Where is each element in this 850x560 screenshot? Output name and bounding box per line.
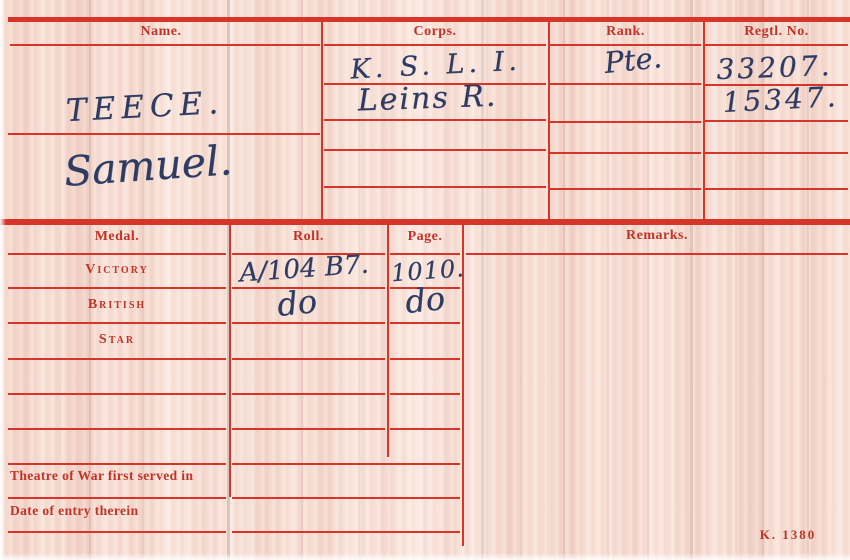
grid-line [232,497,460,499]
grid-line [8,287,226,289]
grid-line [232,322,385,324]
british-page-handwritten: do [392,281,457,319]
rank-column-header: Rank. [550,24,701,39]
column-divider-line [387,225,389,457]
grid-line [705,44,848,46]
grid-line [8,463,226,465]
grid-line [232,531,460,533]
grid-line [8,322,226,324]
scan-edge-left [0,0,6,560]
column-divider-line [321,22,323,219]
grid-line [324,149,546,151]
grid-line [550,121,701,123]
grid-line [550,152,701,154]
grid-line [8,358,226,360]
page-column-header: Page. [390,229,460,244]
victory-roll-handwritten: A/104 B7. [233,251,374,287]
medal-row-star-label: Star [8,332,226,347]
section-divider-line [8,17,850,22]
grid-line [8,428,226,430]
theatre-of-war-label: Theatre of War first served in [10,469,240,484]
date-of-entry-label: Date of entry therein [10,504,240,519]
grid-line [390,322,460,324]
surname-handwritten: TEECE. [39,87,250,129]
grid-line [550,188,701,190]
corps-entry-1-handwritten: K. S. L. I. [337,47,533,84]
remarks-column-header: Remarks. [466,228,848,243]
grid-line [8,393,226,395]
forename-handwritten: Samuel. [37,138,259,194]
medal-index-card: Name. Corps. Rank. Regtl. No. TEECE. Sam… [0,0,850,560]
grid-line [8,133,320,135]
grid-line [705,120,848,122]
regtl-no-1-handwritten: 33207. [712,52,838,84]
medal-row-victory-label: Victory [8,262,226,277]
medal-column-header: Medal. [8,229,226,244]
grid-line [8,497,226,499]
grid-line [390,393,460,395]
rank-handwritten: Pte. [587,41,680,79]
corps-column-header: Corps. [324,24,546,39]
grid-line [232,393,385,395]
grid-line [324,119,546,121]
section-divider-line [0,219,850,225]
regtl-no-column-header: Regtl. No. [705,24,848,39]
name-column-header: Name. [8,24,314,39]
grid-line [390,358,460,360]
grid-line [232,463,460,465]
grid-line [466,253,848,255]
grid-line [10,44,320,46]
british-roll-handwritten: do [261,283,334,322]
medal-row-british-label: British [8,297,226,312]
grid-line [550,83,701,85]
grid-line [232,358,385,360]
grid-line [8,531,226,533]
grid-line [324,186,546,188]
grid-line [705,152,848,154]
roll-column-header: Roll. [232,229,385,244]
grid-line [8,253,226,255]
form-code: K. 1380 [738,528,838,542]
corps-entry-2-handwritten: Leins R. [330,81,526,118]
scan-edge-bottom [0,553,850,560]
grid-line [390,428,460,430]
column-divider-line [229,225,231,497]
grid-line [705,188,848,190]
regtl-no-2-handwritten: 15347. [717,83,843,118]
grid-line [232,428,385,430]
